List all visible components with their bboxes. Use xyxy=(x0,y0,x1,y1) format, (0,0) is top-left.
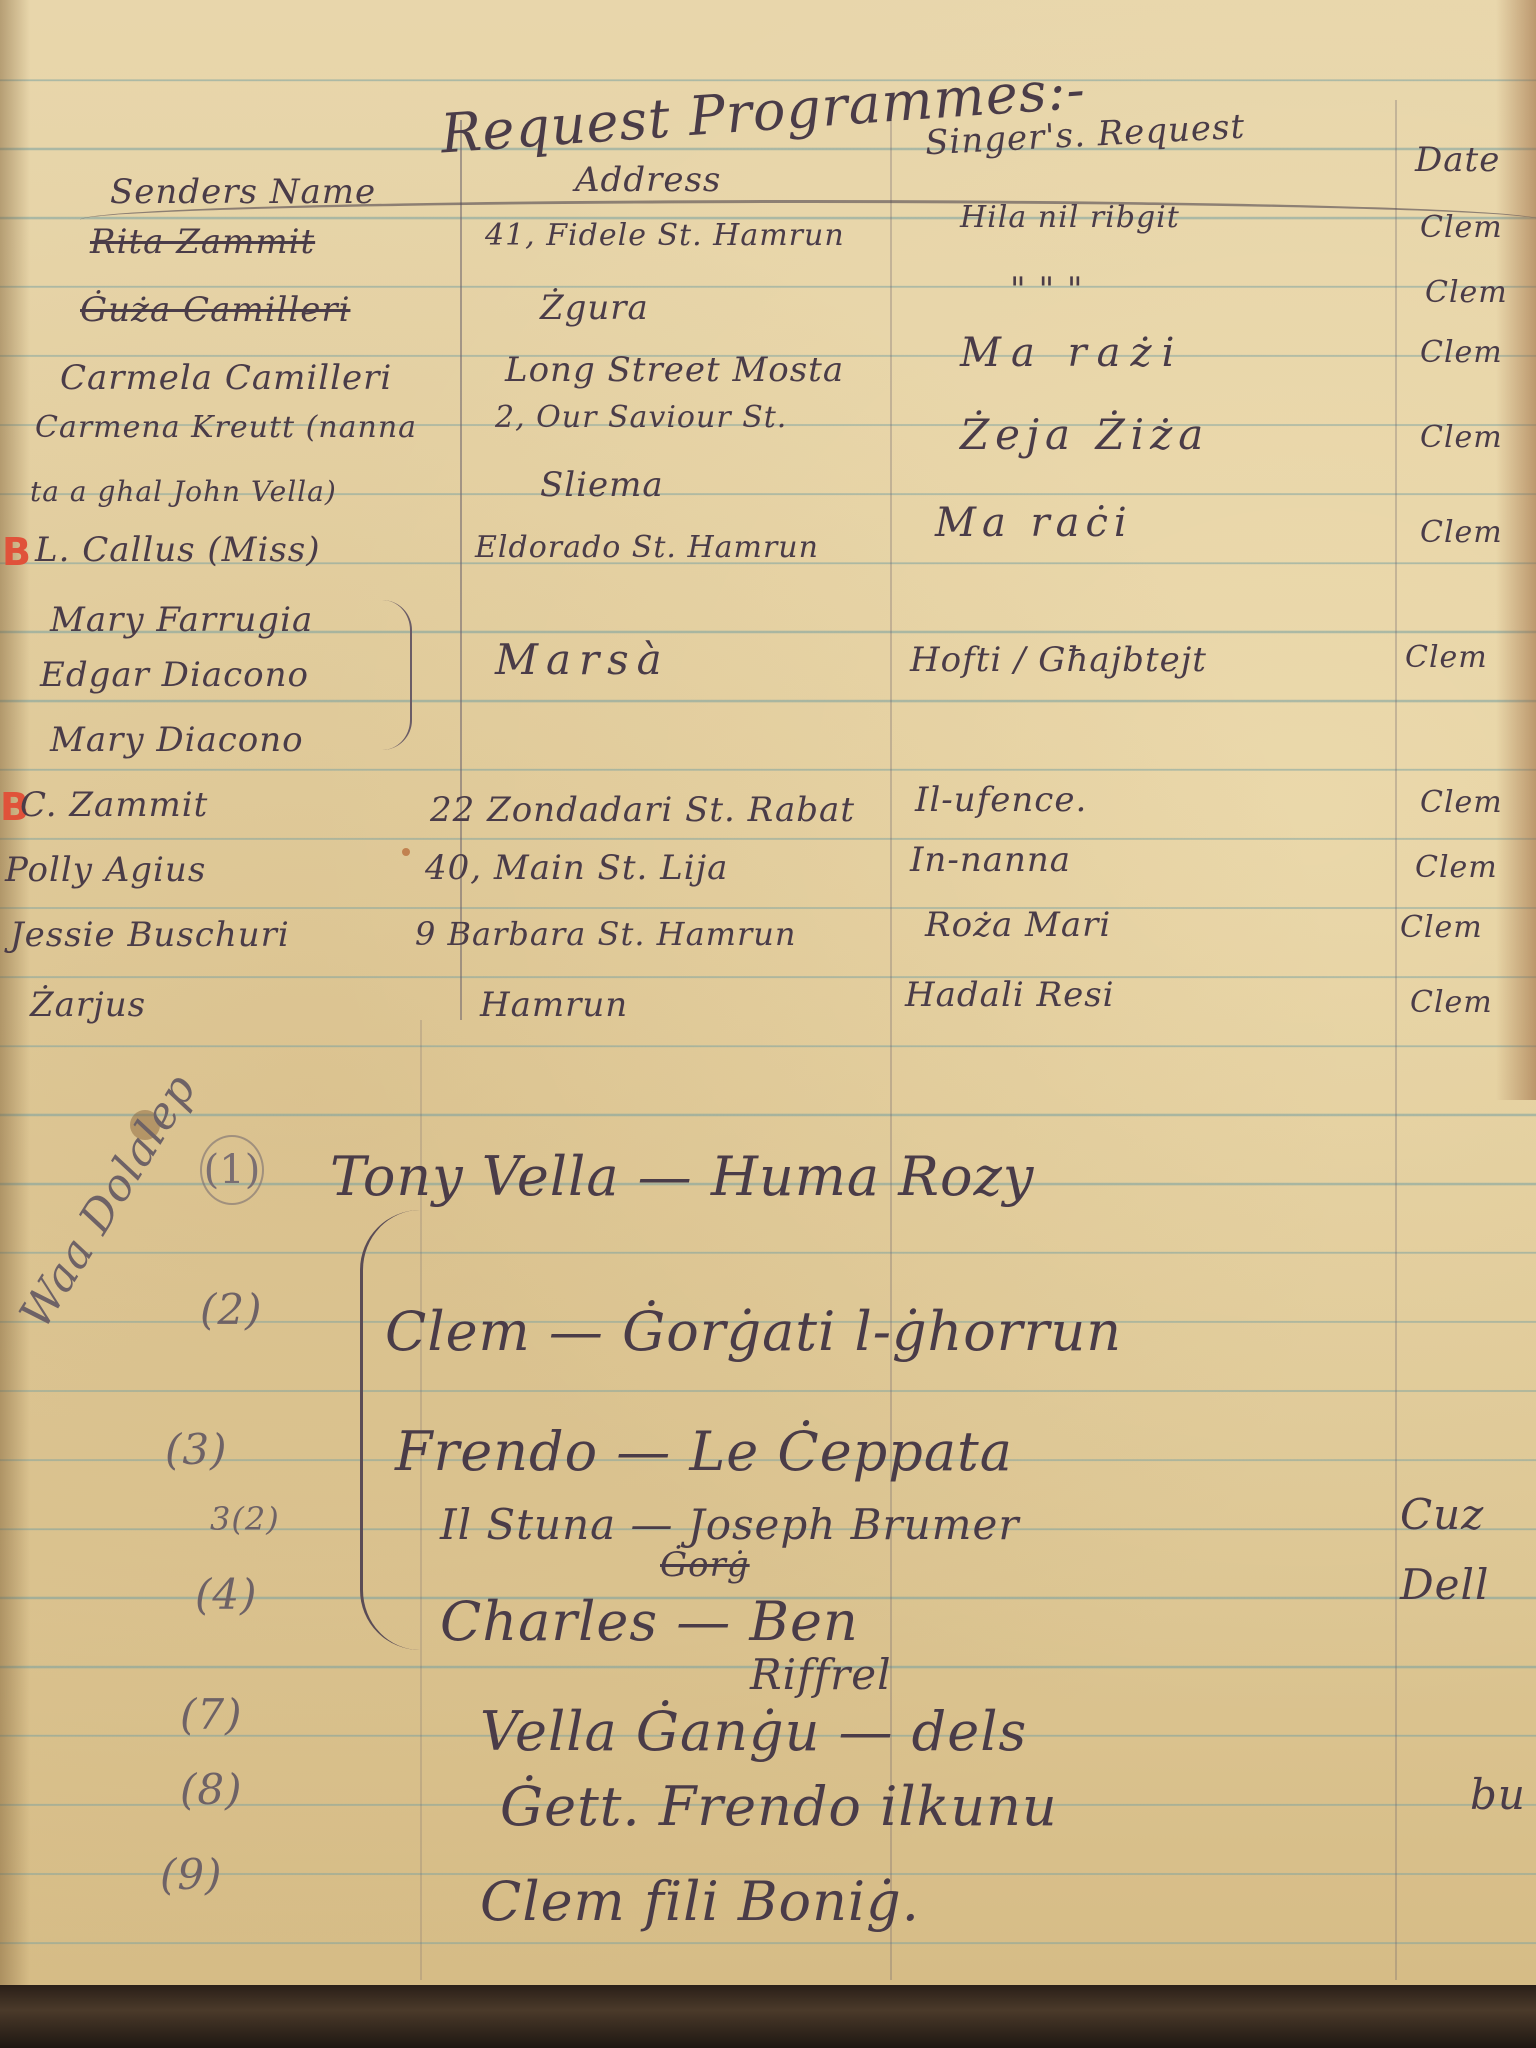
note-number: (8) xyxy=(180,1765,243,1814)
date-cell: Clem xyxy=(1420,335,1503,370)
song-request: Roża Mari xyxy=(925,905,1111,945)
note-entry: Ġett. Frendo ilkunu xyxy=(500,1775,1058,1838)
note-entry: Charles — Ben xyxy=(440,1590,859,1653)
note-entry: Clem fili Boniġ. xyxy=(480,1870,920,1933)
note-number: 3(2) xyxy=(210,1500,280,1538)
sender-address: 9 Barbara St. Hamrun xyxy=(415,915,797,953)
date-cell: Clem xyxy=(1420,785,1503,820)
sender-name: Ġuża Camilleri xyxy=(80,290,350,330)
song-request: In-nanna xyxy=(910,840,1071,880)
song-request: Il-ufence. xyxy=(915,780,1087,820)
date-cell: Clem xyxy=(1420,210,1503,245)
sender-address: Long Street Mosta xyxy=(505,350,844,390)
note-side-text: Cuz Dell xyxy=(1400,1480,1536,1620)
group-bracket xyxy=(380,600,412,750)
song-request: Żeja Żiża xyxy=(960,410,1209,459)
note-number: (7) xyxy=(180,1690,243,1739)
sender-address: Sliema xyxy=(540,465,664,505)
ledger-page: Request Programmes:- Senders Name Addres… xyxy=(0,0,1536,1990)
sender-name: Polly Agius xyxy=(5,850,206,890)
note-number: (2) xyxy=(200,1285,263,1334)
header-senders-name: Senders Name xyxy=(110,172,376,212)
song-request: Hofti / Għajbtejt xyxy=(910,640,1207,680)
date-cell: Clem xyxy=(1425,275,1508,310)
note-number: (4) xyxy=(195,1570,258,1619)
date-cell: Clem xyxy=(1400,910,1483,945)
date-cell: Clem xyxy=(1420,515,1503,550)
note-number: (9) xyxy=(160,1850,223,1899)
header-date: Date xyxy=(1415,140,1500,180)
struck-word: Ġorġ xyxy=(660,1545,750,1585)
date-cell: Clem xyxy=(1410,985,1493,1020)
date-cell: Clem xyxy=(1405,640,1488,675)
sender-name: Jessie Buschuri xyxy=(10,915,290,955)
song-request: Ma raċi xyxy=(935,500,1133,546)
note-entry: Vella Ġanġu — dels xyxy=(480,1700,1027,1763)
note-entry: Riffrel xyxy=(750,1650,892,1699)
sender-name: Carmena Kreutt (nanna xyxy=(35,410,417,445)
song-request: Hadali Resi xyxy=(905,975,1115,1015)
column-divider xyxy=(1395,100,1397,1980)
note-number: (3) xyxy=(165,1425,228,1474)
sender-address: 40, Main St. Lija xyxy=(425,848,728,888)
song-request: " " " xyxy=(1010,270,1084,310)
sender-address: 41, Fidele St. Hamrun xyxy=(485,218,845,253)
sender-name: L. Callus (Miss) xyxy=(35,530,321,570)
sender-name: Mary Farrugia xyxy=(50,600,313,640)
sender-address: 2, Our Saviour St. xyxy=(495,400,787,435)
sender-name: Żarjus xyxy=(30,985,146,1025)
sender-address: Eldorado St. Hamrun xyxy=(475,530,819,565)
sender-name: Rita Zammit xyxy=(90,222,315,262)
red-b-mark: B xyxy=(2,530,31,574)
date-cell: Clem xyxy=(1420,420,1503,455)
note-entry: Il Stuna — Joseph Brumer xyxy=(440,1500,1019,1549)
song-request: Hila nil ribgit xyxy=(960,200,1180,235)
sender-address: Marsà xyxy=(495,635,670,684)
note-entry: Tony Vella — Huma Rozy xyxy=(330,1145,1034,1208)
sender-address: 22 Zondadari St. Rabat xyxy=(430,790,855,830)
date-cell: Clem xyxy=(1415,850,1498,885)
song-request: Ma rażi xyxy=(960,330,1184,376)
spine-shadow xyxy=(0,0,30,1990)
note-number: (1) xyxy=(200,1135,264,1205)
stain xyxy=(402,848,410,856)
book-bottom-edge xyxy=(0,1985,1536,2048)
sender-name: Carmela Camilleri xyxy=(60,358,392,398)
note-entry: Clem — Ġorġati l-ġhorrun xyxy=(385,1300,1122,1363)
sender-name: Edgar Diacono xyxy=(40,655,309,695)
note-side-text: bu xyxy=(1470,1770,1526,1819)
sender-address: Żgura xyxy=(540,288,649,328)
note-entry: Frendo — Le Ċeppata xyxy=(395,1420,1013,1483)
page-edge-shadow xyxy=(1496,0,1536,1100)
sender-name: ta a ghal John Vella) xyxy=(30,475,337,508)
header-address: Address xyxy=(575,160,721,200)
sender-name: C. Zammit xyxy=(20,785,208,825)
sender-address: Hamrun xyxy=(480,985,628,1025)
sender-name: Mary Diacono xyxy=(50,720,304,760)
